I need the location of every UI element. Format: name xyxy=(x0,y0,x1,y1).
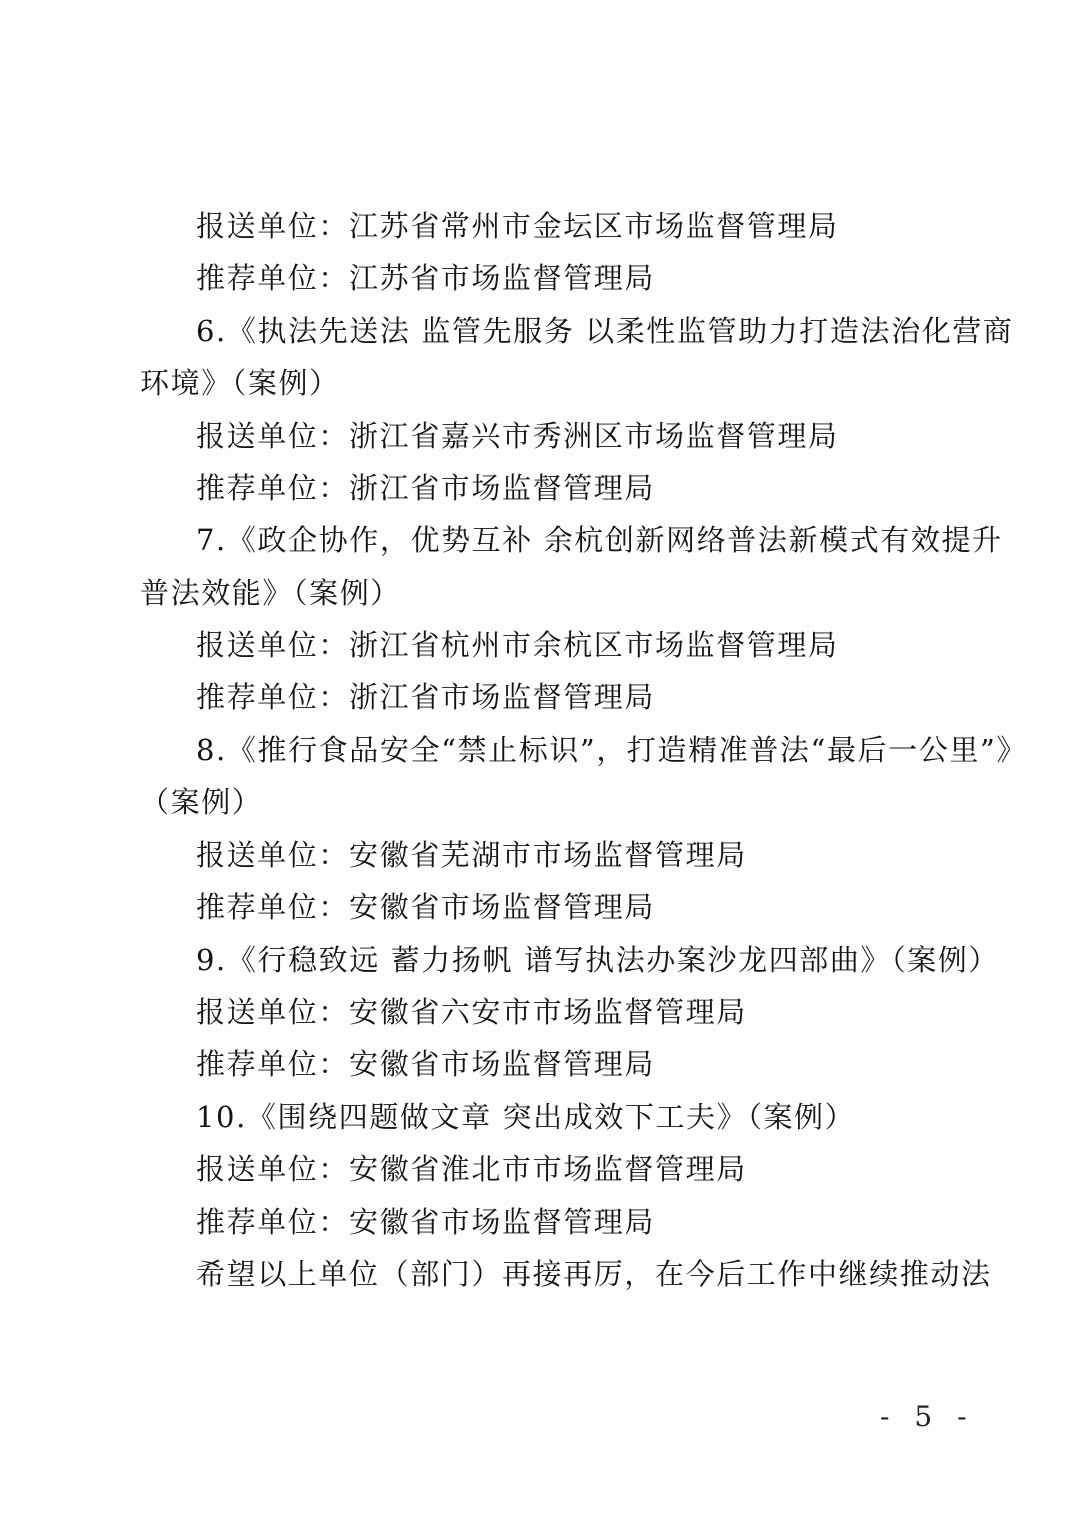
page-number: - 5 - xyxy=(880,1400,975,1433)
case-title-8: 8.《推行食品安全“禁止标识”，打造精准普法“最后一公里”》 xyxy=(196,732,1027,768)
submitter-line-7: 报送单位：浙江省杭州市余杭区市场监督管理局 xyxy=(196,627,839,663)
submitter-line-8: 报送单位：安徽省芜湖市市场监督管理局 xyxy=(196,837,747,873)
case-title-10: 10.《围绕四题做文章 突出成效下工夫》（案例） xyxy=(196,1099,855,1135)
submitter-line-9: 报送单位：安徽省六安市市场监督管理局 xyxy=(196,994,747,1030)
recommender-line-8: 推荐单位：安徽省市场监督管理局 xyxy=(196,889,655,925)
case-title-6-cont: 环境》（案例） xyxy=(140,365,340,401)
case-title-7-cont: 普法效能》（案例） xyxy=(140,575,401,611)
case-title-7: 7.《政企协作，优势互补 余杭创新网络普法新模式有效提升 xyxy=(196,522,1003,558)
case-title-9: 9.《行稳致远 蓄力扬帆 谱写执法办案沙龙四部曲》（案例） xyxy=(196,942,999,978)
submitter-line-5: 报送单位：江苏省常州市金坛区市场监督管理局 xyxy=(196,208,839,244)
recommender-line-5: 推荐单位：江苏省市场监督管理局 xyxy=(196,260,655,296)
recommender-line-6: 推荐单位：浙江省市场监督管理局 xyxy=(196,470,655,506)
case-title-8-cont: （案例） xyxy=(140,784,262,820)
submitter-line-10: 报送单位：安徽省淮北市市场监督管理局 xyxy=(196,1151,747,1187)
recommender-line-9: 推荐单位：安徽省市场监督管理局 xyxy=(196,1046,655,1082)
document-page: 报送单位：江苏省常州市金坛区市场监督管理局 推荐单位：江苏省市场监督管理局 6.… xyxy=(0,0,1080,1527)
closing-paragraph: 希望以上单位（部门）再接再厉，在今后工作中继续推动法 xyxy=(196,1256,992,1292)
recommender-line-7: 推荐单位：浙江省市场监督管理局 xyxy=(196,679,655,715)
recommender-line-10: 推荐单位：安徽省市场监督管理局 xyxy=(196,1204,655,1240)
case-title-6: 6.《执法先送法 监管先服务 以柔性监管助力打造法治化营商 xyxy=(196,313,1014,349)
submitter-line-6: 报送单位：浙江省嘉兴市秀洲区市场监督管理局 xyxy=(196,418,839,454)
